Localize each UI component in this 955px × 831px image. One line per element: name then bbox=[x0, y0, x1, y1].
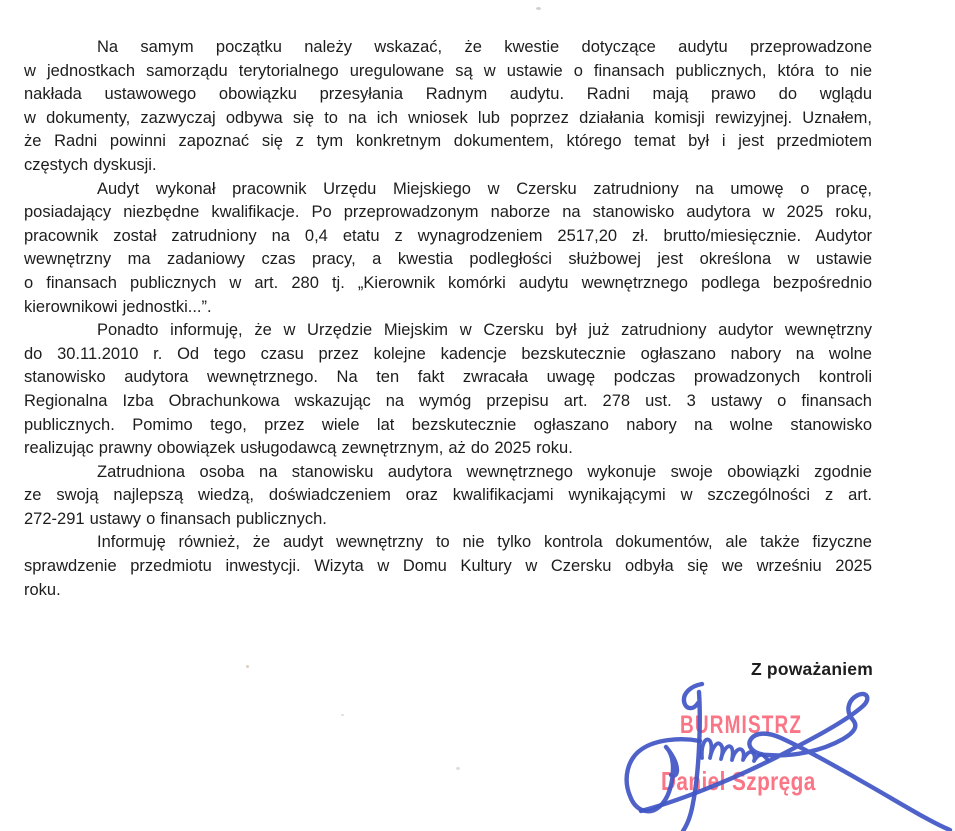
paragraph-line: stanowisko audytora wewnętrznego. Na ten… bbox=[24, 366, 872, 390]
signature-stroke-hook-and-descender bbox=[683, 684, 702, 831]
paragraph-line: w dokumenty, zazwyczaj odbywa się to na … bbox=[24, 107, 872, 131]
paragraph-line: Ponadto informuję, że w Urzędzie Miejski… bbox=[24, 319, 872, 343]
paragraph-line: Zatrudniona osoba na stanowisku audytora… bbox=[24, 461, 872, 485]
paragraph-line: realizując prawny obowiązek usługodawcą … bbox=[24, 437, 872, 461]
paragraph-line: sprawdzenie przedmiotu inwestycji. Wizyt… bbox=[24, 555, 872, 579]
handwritten-signature-ink bbox=[615, 678, 955, 831]
paragraph-line: o finansach publicznych w art. 280 tj. „… bbox=[24, 272, 872, 296]
paragraph-line: do 30.11.2010 r. Od tego czasu przez kol… bbox=[24, 343, 872, 367]
letter-body: Na samym początku należy wskazać, że kwe… bbox=[24, 36, 872, 602]
paragraph: Zatrudniona osoba na stanowisku audytora… bbox=[24, 461, 872, 532]
paragraph-line: Informuję również, że audyt wewnętrzny t… bbox=[24, 531, 872, 555]
paragraph-line: kierownikowi jednostki...”. bbox=[24, 296, 872, 320]
paragraph: Audyt wykonał pracownik Urzędu Miejskieg… bbox=[24, 178, 872, 320]
paragraph-line: Audyt wykonał pracownik Urzędu Miejskieg… bbox=[24, 178, 872, 202]
paragraph-line: wewnętrzny ma zadaniowy czas pracy, a kw… bbox=[24, 248, 872, 272]
signature-stroke-scribble bbox=[702, 739, 768, 761]
paragraph-line: że Radni powinni zapoznać się z tym konk… bbox=[24, 130, 872, 154]
signature-stroke-left-loop bbox=[627, 739, 700, 811]
paragraph: Informuję również, że audyt wewnętrzny t… bbox=[24, 531, 872, 602]
closing-salutation: Z poważaniem bbox=[751, 659, 873, 680]
paragraph-line: częstych dyskusji. bbox=[24, 154, 872, 178]
paragraph-line: Regionalna Izba Obrachunkowa wskazując n… bbox=[24, 390, 872, 414]
paragraph: Na samym początku należy wskazać, że kwe… bbox=[24, 36, 872, 178]
scan-artifact bbox=[341, 714, 344, 716]
paragraph-line: roku. bbox=[24, 579, 872, 603]
scan-artifact bbox=[456, 767, 460, 770]
paragraph-line: pracownik został zatrudniony na 0,4 etat… bbox=[24, 225, 872, 249]
paragraph: Ponadto informuję, że w Urzędzie Miejski… bbox=[24, 319, 872, 461]
paragraph-line: 272-291 ustawy o finansach publicznych. bbox=[24, 508, 872, 532]
paragraph-line: Na samym początku należy wskazać, że kwe… bbox=[24, 36, 872, 60]
paragraph-line: nakłada ustawowego obowiązku przesyłania… bbox=[24, 83, 872, 107]
signature-stroke-big-sweep bbox=[641, 694, 950, 830]
paragraph-line: posiadający niezbędne kwalifikacje. Po p… bbox=[24, 201, 872, 225]
paragraph-line: publicznych. Pomimo tego, przez wiele la… bbox=[24, 414, 872, 438]
paragraph-line: ze swoją najlepszą wiedzą, doświadczenie… bbox=[24, 484, 872, 508]
scan-artifact bbox=[536, 7, 541, 10]
paragraph-line: w jednostkach samorządu terytorialnego u… bbox=[24, 60, 872, 84]
scan-artifact bbox=[246, 665, 249, 668]
